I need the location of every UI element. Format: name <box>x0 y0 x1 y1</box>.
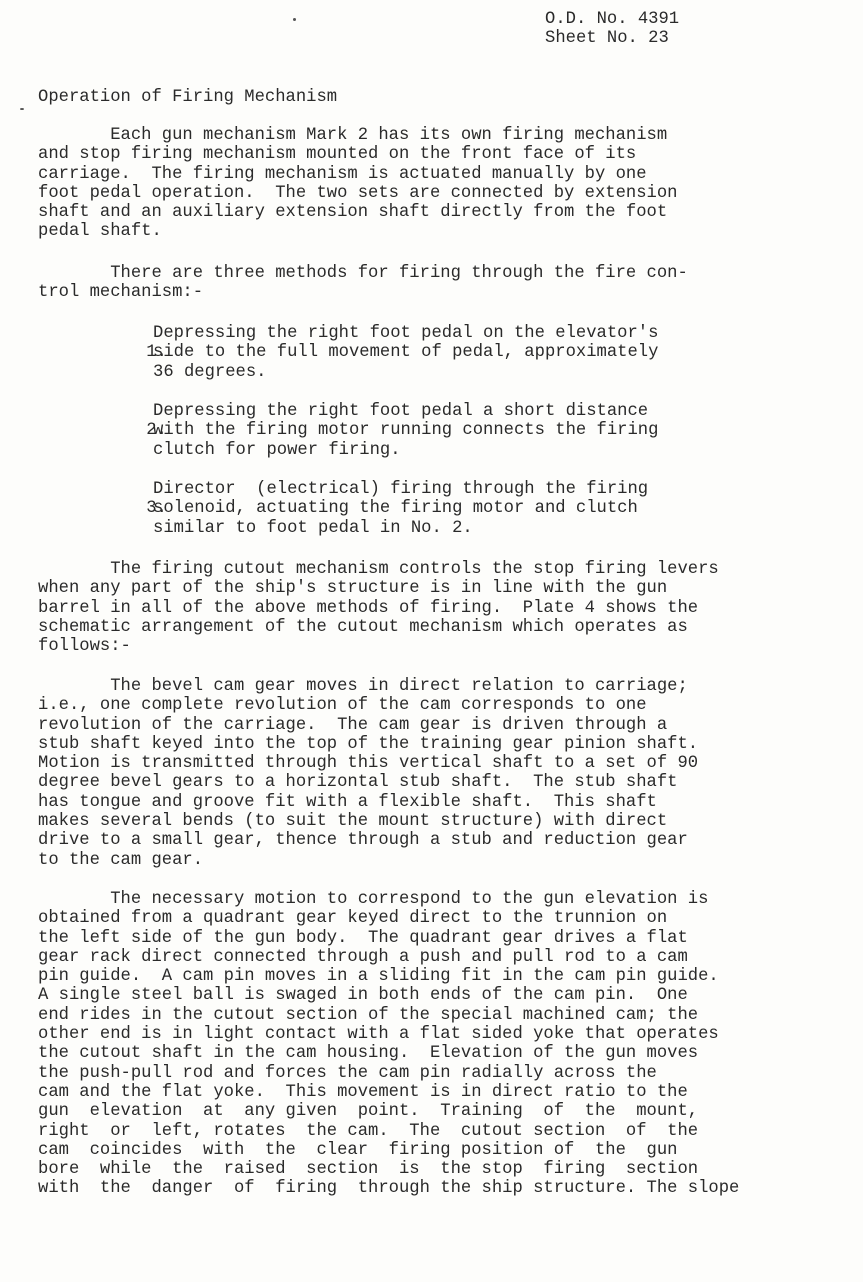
method-item: 3. Director (electrical) firing through … <box>105 480 194 557</box>
method-text: Director (electrical) firing through the… <box>153 480 648 538</box>
method-text: Depressing the right foot pedal on the e… <box>153 324 658 382</box>
method-item: 1. Depressing the right foot pedal on th… <box>105 324 194 401</box>
paper-speck <box>20 108 24 110</box>
section-title: Operation of Firing Mechanism <box>38 88 337 107</box>
document-page: O.D. No. 4391 Sheet No. 23 Operation of … <box>0 0 863 1282</box>
paragraph-cutout-mechanism: The firing cutout mechanism controls the… <box>38 560 719 656</box>
sheet-number: Sheet No. 23 <box>545 29 679 48</box>
paragraph-bevel-cam-gear: The bevel cam gear moves in direct relat… <box>38 677 698 870</box>
od-number: O.D. No. 4391 <box>545 10 679 29</box>
paragraph-gun-elevation: The necessary motion to correspond to th… <box>38 890 739 1199</box>
method-item: 2. Depressing the right foot pedal a sho… <box>105 402 194 479</box>
document-header: O.D. No. 4391 Sheet No. 23 <box>545 10 679 48</box>
paragraph-methods-intro: There are three methods for firing throu… <box>38 264 688 303</box>
paragraph-intro: Each gun mechanism Mark 2 has its own fi… <box>38 126 677 242</box>
method-text: Depressing the right foot pedal a short … <box>153 402 658 460</box>
paper-speck <box>293 18 296 21</box>
